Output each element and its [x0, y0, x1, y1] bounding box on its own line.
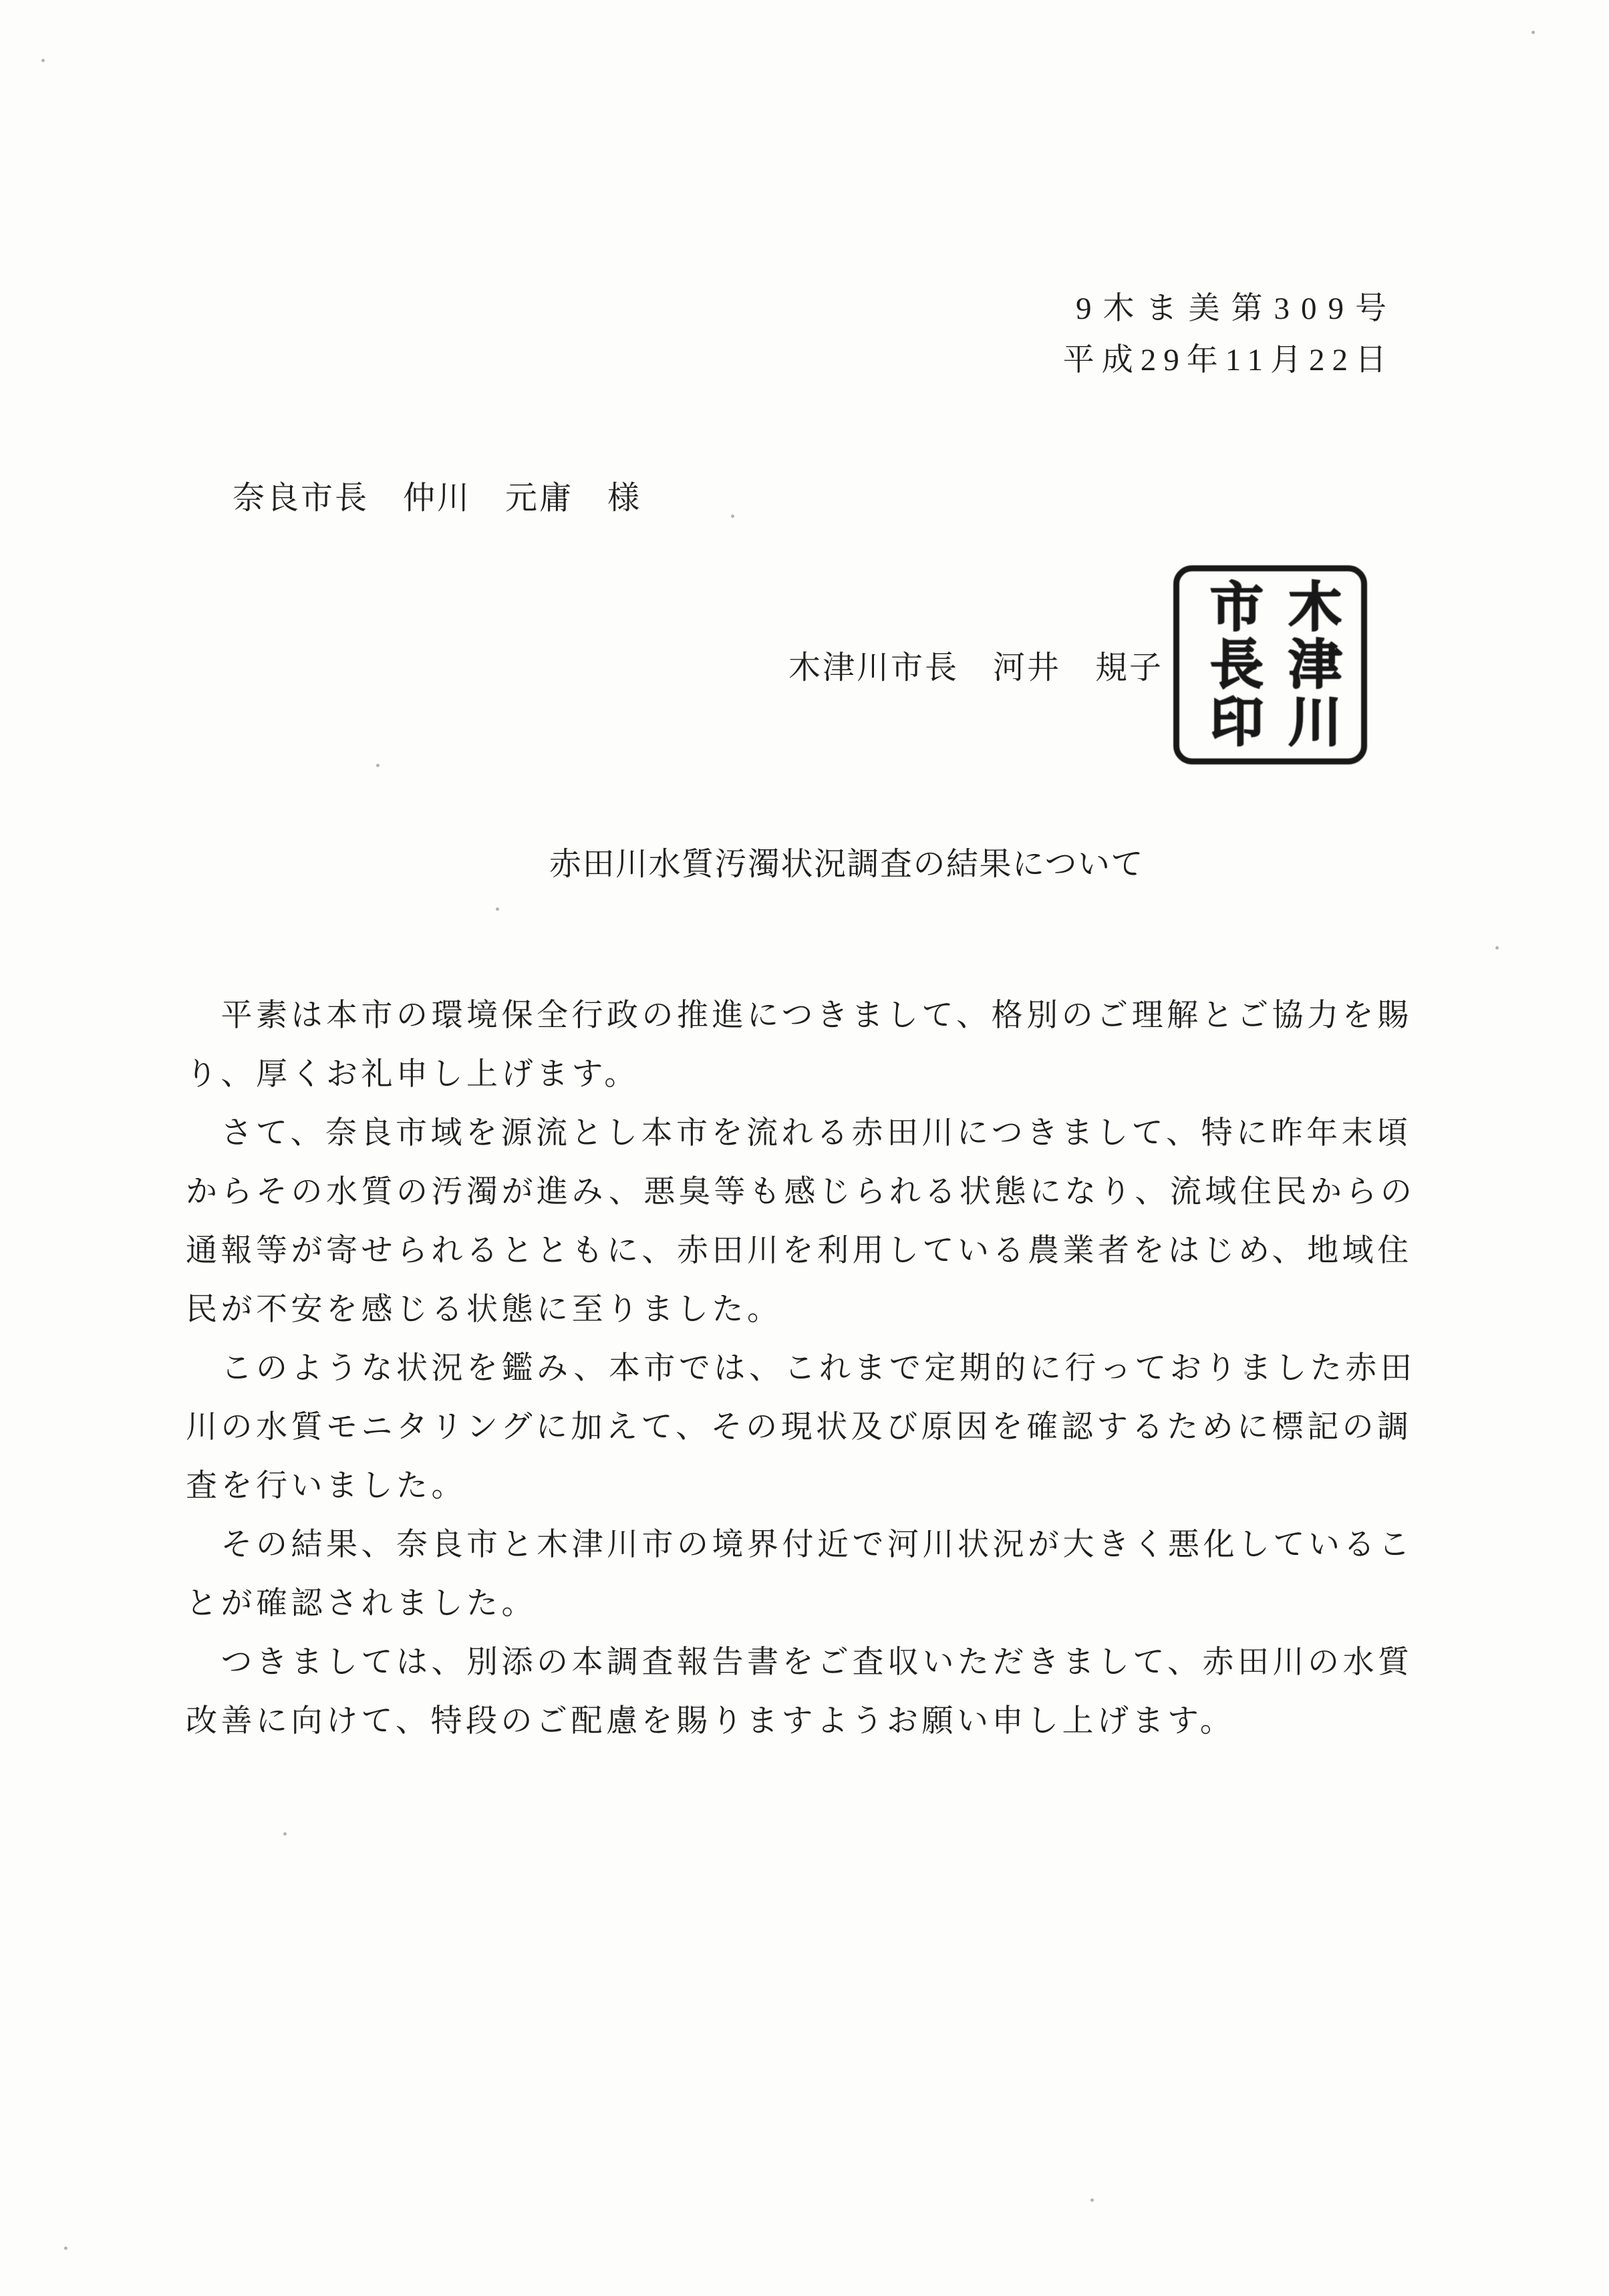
body-line: その結果、奈良市と木津川市の境界付近で河川状況が大きく悪化しているこ: [186, 1516, 1430, 1574]
scan-noise-dot: [41, 59, 45, 62]
body-line: とが確認されました。: [186, 1574, 1430, 1633]
scan-noise-dot: [1090, 2198, 1094, 2202]
body-line: 査を行いました。: [186, 1457, 1430, 1516]
body-line: 通報等が寄せられるとともに、赤田川を利用している農業者をはじめ、地域住: [186, 1222, 1430, 1280]
document-header: 9木ま美第309号 平成29年11月22日: [1063, 283, 1386, 386]
scan-noise-dot: [496, 907, 499, 911]
addressee-line: 奈良市長 仲川 元庸 様: [233, 472, 641, 518]
scan-noise-dot: [1531, 31, 1535, 34]
body-line: からその水質の汚濁が進み、悪臭等も感じられる状態になり、流域住民からの: [186, 1163, 1430, 1222]
body-line: 川の水質モニタリングに加えて、その現状及び原因を確認するために標記の調: [186, 1398, 1430, 1457]
scanned-letter-page: 9木ま美第309号 平成29年11月22日 奈良市長 仲川 元庸 様 木津川市長…: [0, 0, 1609, 2296]
body-line: 改善に向けて、特段のご配慮を賜りますようお願い申し上げます。: [186, 1692, 1430, 1751]
document-title: 赤田川水質汚濁状況調査の結果について: [549, 838, 1144, 884]
body-line: さて、奈良市域を源流とし本市を流れる赤田川につきまして、特に昨年末頃: [186, 1104, 1430, 1163]
body-line: つきましては、別添の本調査報告書をご査収いただきまして、赤田川の水質: [186, 1633, 1430, 1692]
seal-column-right: 木津川: [1283, 579, 1336, 751]
official-seal: 木津川 市長印: [1173, 565, 1367, 764]
sender-name-line: 木津川市長 河井 規子: [788, 641, 1163, 688]
letter-body: 平素は本市の環境保全行政の推進につきまして、格別のご理解とご協力を賜り、厚くお礼…: [186, 986, 1430, 1751]
scan-noise-dot: [1244, 1371, 1248, 1375]
scan-noise-dot: [376, 764, 380, 767]
seal-column-left: 市長印: [1204, 579, 1258, 751]
scan-noise-dot: [1495, 946, 1499, 950]
body-line: 平素は本市の環境保全行政の推進につきまして、格別のご理解とご協力を賜: [186, 986, 1430, 1045]
document-number: 9木ま美第309号: [1063, 283, 1398, 335]
body-line: り、厚くお礼申し上げます。: [186, 1045, 1430, 1104]
scan-noise-dot: [283, 1832, 287, 1836]
document-date: 平成29年11月22日: [1063, 335, 1394, 386]
body-line: このような状況を鑑み、本市では、これまで定期的に行っておりました赤田: [186, 1339, 1430, 1398]
scan-noise-dot: [731, 515, 734, 518]
scan-noise-dot: [64, 2247, 67, 2250]
body-line: 民が不安を感じる状態に至りました。: [186, 1280, 1430, 1339]
